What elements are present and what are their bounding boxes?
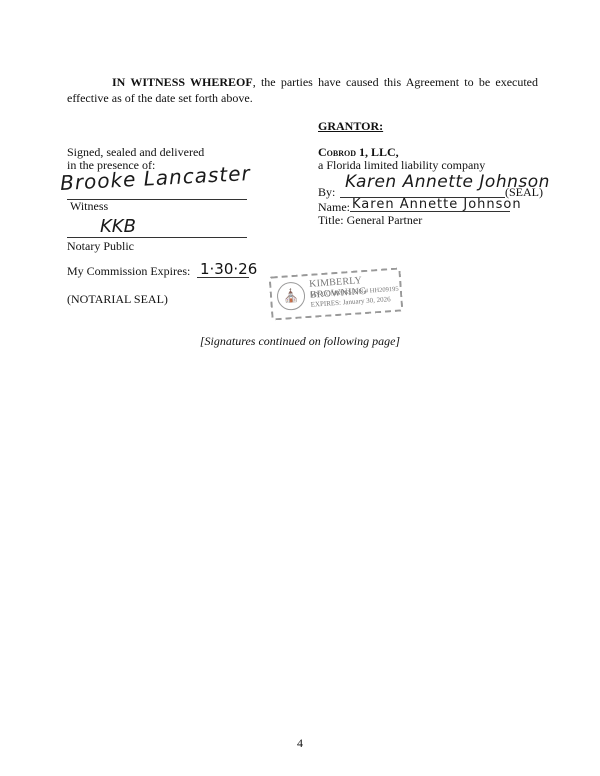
continued-note: [Signatures continued on following page] — [0, 334, 600, 349]
commission-expires-value: 1·30·26 — [200, 260, 257, 278]
witness-clause: IN WITNESS WHEREOF, the parties have cau… — [67, 74, 538, 106]
witness-label: Witness — [70, 199, 108, 214]
notary-signature: KKB — [100, 216, 136, 237]
name-line — [350, 211, 510, 212]
by-label: By: — [318, 185, 335, 200]
grantor-heading: GRANTOR: — [318, 119, 383, 134]
notarial-seal-label: (NOTARIAL SEAL) — [67, 292, 168, 307]
witness-clause-bold: IN WITNESS WHEREOF — [112, 75, 253, 89]
notary-public-label: Notary Public — [67, 239, 134, 254]
capitol-dome-icon: ⛪ — [276, 281, 306, 311]
commission-expires-label: My Commission Expires: — [67, 264, 190, 279]
grantor-entity: Cobrod 1, LLC, a Florida limited liabili… — [318, 146, 485, 172]
notary-stamp: ⛪ KIMBERLY BROWNING MY COMMISSION # HH20… — [269, 267, 404, 320]
commission-line — [197, 277, 249, 278]
page-number: 4 — [0, 736, 600, 751]
entity-description: a Florida limited liability company — [318, 159, 485, 172]
notary-signature-line — [67, 237, 247, 238]
grantor-printed-name: Karen Annette Johnson — [352, 197, 522, 212]
grantor-title: Title: General Partner — [318, 213, 422, 228]
